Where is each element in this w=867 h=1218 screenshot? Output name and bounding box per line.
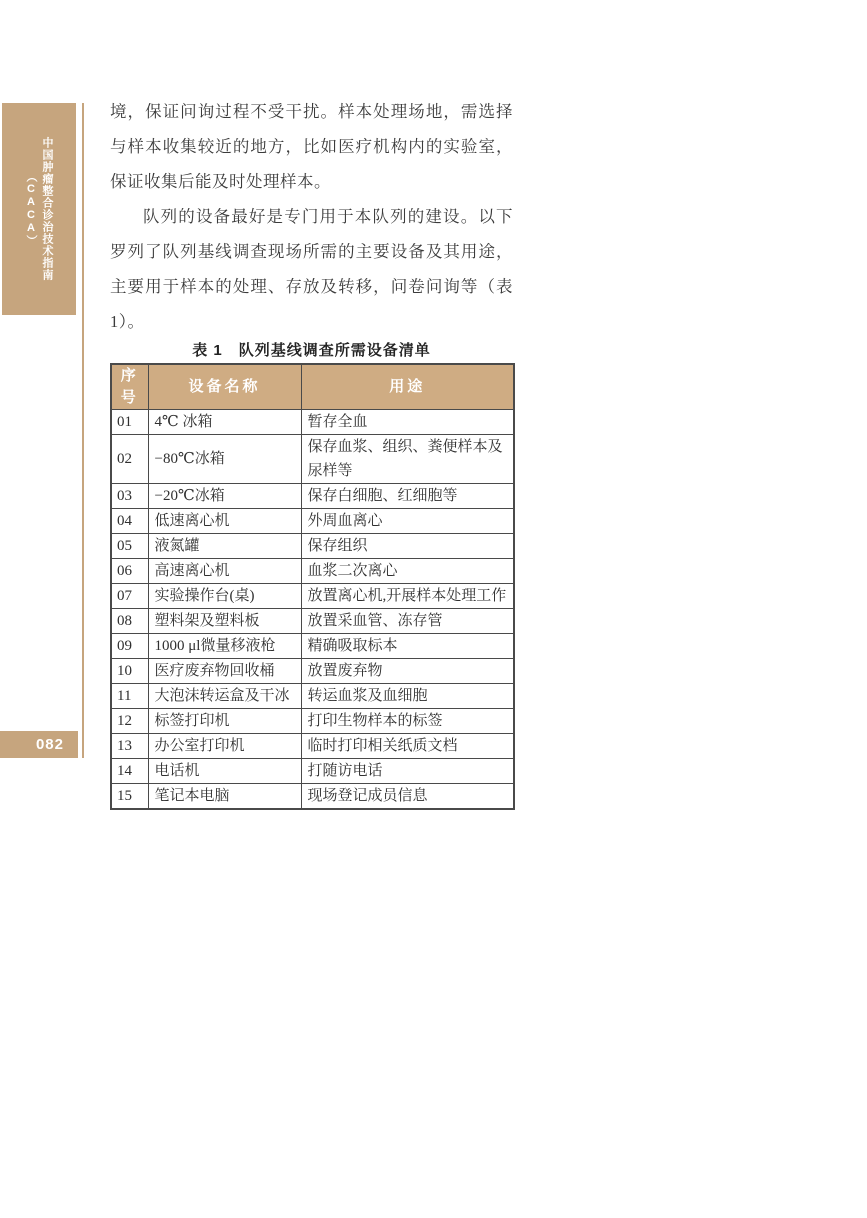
table-row: 10医疗废弃物回收桶放置废弃物	[111, 659, 514, 684]
cell-usage: 放置废弃物	[301, 659, 514, 684]
cell-equipment-name: 电话机	[148, 759, 301, 784]
table-title: 表 1 队列基线调查所需设备清单	[110, 339, 513, 363]
header-row: 序号 设备名称 用途	[111, 364, 514, 410]
table-row: 15笔记本电脑现场登记成员信息	[111, 784, 514, 810]
cell-equipment-name: 医疗废弃物回收桶	[148, 659, 301, 684]
col-header-usage: 用途	[301, 364, 514, 410]
cell-usage: 暂存全血	[301, 410, 514, 435]
cell-usage: 保存组织	[301, 534, 514, 559]
cell-equipment-name: 塑料架及塑料板	[148, 609, 301, 634]
table-row: 11大泡沫转运盒及干冰转运血浆及血细胞	[111, 684, 514, 709]
cell-equipment-name: 实验操作台(桌)	[148, 584, 301, 609]
cell-usage: 现场登记成员信息	[301, 784, 514, 810]
cell-index: 03	[111, 484, 148, 509]
main-content: 境，保证问询过程不受干扰。样本处理场地，需选择与样本收集较近的地方，比如医疗机构…	[110, 94, 513, 810]
table-row: 06高速离心机血浆二次离心	[111, 559, 514, 584]
cell-equipment-name: 高速离心机	[148, 559, 301, 584]
cell-usage: 放置离心机,开展样本处理工作	[301, 584, 514, 609]
cell-index: 01	[111, 410, 148, 435]
cell-equipment-name: 4℃ 冰箱	[148, 410, 301, 435]
equipment-table-header: 序号 设备名称 用途	[111, 364, 514, 410]
table-row: 02−80℃冰箱保存血浆、组织、粪便样本及尿样等	[111, 435, 514, 484]
cell-index: 07	[111, 584, 148, 609]
cell-index: 08	[111, 609, 148, 634]
table-row: 05液氮罐保存组织	[111, 534, 514, 559]
cell-usage: 打随访电话	[301, 759, 514, 784]
cell-usage: 精确吸取标本	[301, 634, 514, 659]
table-row: 13办公室打印机临时打印相关纸质文档	[111, 734, 514, 759]
table-row: 14电话机打随访电话	[111, 759, 514, 784]
paragraph-sample-handling: 境，保证问询过程不受干扰。样本处理场地，需选择与样本收集较近的地方，比如医疗机构…	[110, 94, 513, 199]
cell-equipment-name: 低速离心机	[148, 509, 301, 534]
cell-index: 04	[111, 509, 148, 534]
equipment-table-body: 014℃ 冰箱暂存全血02−80℃冰箱保存血浆、组织、粪便样本及尿样等03−20…	[111, 410, 514, 810]
cell-equipment-name: 大泡沫转运盒及干冰	[148, 684, 301, 709]
cell-index: 06	[111, 559, 148, 584]
table-row: 12标签打印机打印生物样本的标签	[111, 709, 514, 734]
cell-usage: 外周血离心	[301, 509, 514, 534]
table-row: 091000 μl微量移液枪精确吸取标本	[111, 634, 514, 659]
cell-usage: 打印生物样本的标签	[301, 709, 514, 734]
table-row: 014℃ 冰箱暂存全血	[111, 410, 514, 435]
cell-equipment-name: −20℃冰箱	[148, 484, 301, 509]
book-title-vertical: 中国肿瘤整合诊治技术指南（CACA）	[2, 103, 76, 315]
document-page: 中国肿瘤整合诊治技术指南（CACA） 082 境，保证问询过程不受干扰。样本处理…	[0, 0, 867, 1218]
sidebar-divider	[82, 103, 84, 758]
cell-usage: 临时打印相关纸质文档	[301, 734, 514, 759]
cell-usage: 血浆二次离心	[301, 559, 514, 584]
cell-index: 15	[111, 784, 148, 810]
cell-equipment-name: −80℃冰箱	[148, 435, 301, 484]
cell-index: 13	[111, 734, 148, 759]
page-number-badge: 082	[0, 731, 78, 758]
col-header-name: 设备名称	[148, 364, 301, 410]
cell-index: 12	[111, 709, 148, 734]
cell-usage: 保存白细胞、红细胞等	[301, 484, 514, 509]
cell-equipment-name: 液氮罐	[148, 534, 301, 559]
paragraph-equipment-intro: 队列的设备最好是专门用于本队列的建设。以下罗列了队列基线调查现场所需的主要设备及…	[110, 199, 513, 339]
cell-usage: 转运血浆及血细胞	[301, 684, 514, 709]
col-header-index: 序号	[111, 364, 148, 410]
cell-equipment-name: 标签打印机	[148, 709, 301, 734]
table-row: 08塑料架及塑料板放置采血管、冻存管	[111, 609, 514, 634]
cell-equipment-name: 笔记本电脑	[148, 784, 301, 810]
page-number: 082	[36, 736, 64, 753]
cell-equipment-name: 1000 μl微量移液枪	[148, 634, 301, 659]
table-row: 03−20℃冰箱保存白细胞、红细胞等	[111, 484, 514, 509]
cell-index: 02	[111, 435, 148, 484]
cell-index: 11	[111, 684, 148, 709]
cell-equipment-name: 办公室打印机	[148, 734, 301, 759]
cell-index: 10	[111, 659, 148, 684]
equipment-table: 序号 设备名称 用途 014℃ 冰箱暂存全血02−80℃冰箱保存血浆、组织、粪便…	[110, 363, 515, 810]
cell-index: 14	[111, 759, 148, 784]
cell-usage: 保存血浆、组织、粪便样本及尿样等	[301, 435, 514, 484]
table-row: 04低速离心机外周血离心	[111, 509, 514, 534]
cell-usage: 放置采血管、冻存管	[301, 609, 514, 634]
cell-index: 05	[111, 534, 148, 559]
table-row: 07实验操作台(桌)放置离心机,开展样本处理工作	[111, 584, 514, 609]
cell-index: 09	[111, 634, 148, 659]
